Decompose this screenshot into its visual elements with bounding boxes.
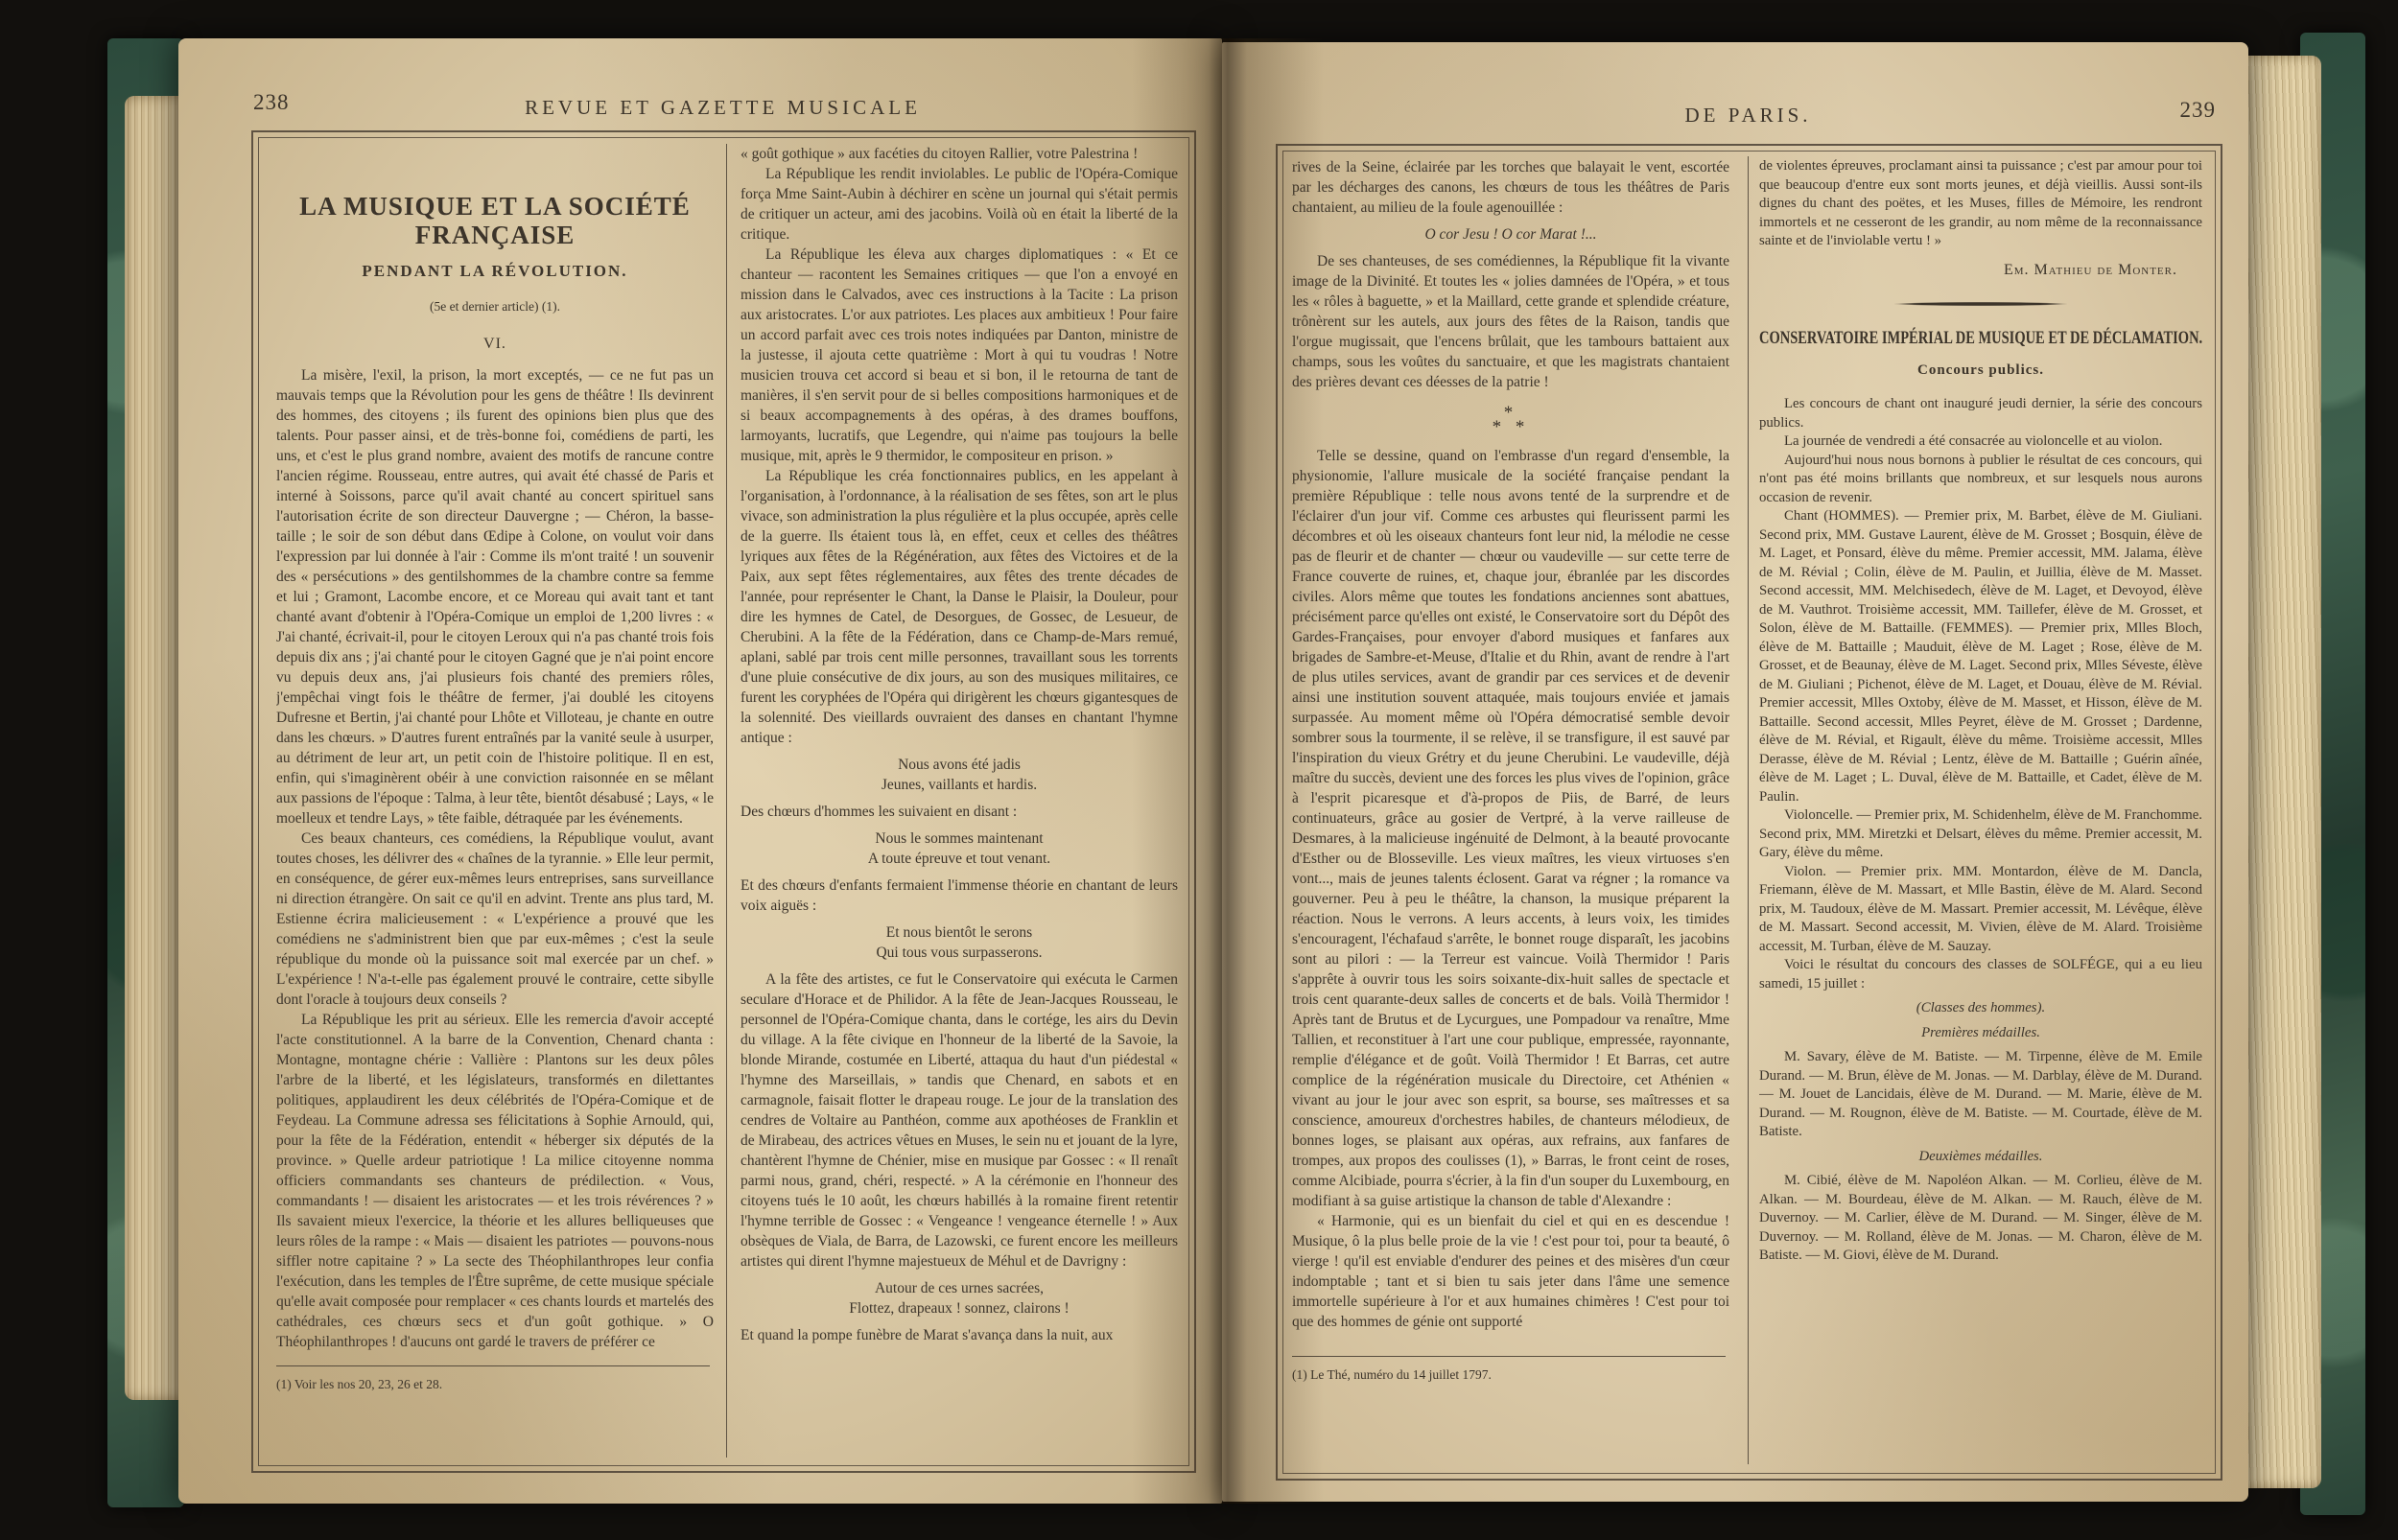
block-cont: Des chœurs d'hommes les suivaient en dis… bbox=[741, 802, 1178, 822]
running-head-right: DE PARIS. bbox=[1276, 104, 2221, 128]
running-head-left: REVUE ET GAZETTE MUSICALE bbox=[251, 96, 1194, 120]
block-note: (5e et dernier article) (1). bbox=[276, 296, 714, 316]
block-verse: Autour de ces urnes sacrées, Flottez, dr… bbox=[741, 1278, 1178, 1318]
block-para: Les concours de chant ont inauguré jeudi… bbox=[1759, 395, 2202, 432]
block-section: VI. bbox=[276, 334, 714, 354]
footnote-left-page: (1) Voir les nos 20, 23, 26 et 28. bbox=[276, 1365, 710, 1393]
column-rule-right-page bbox=[1748, 156, 1749, 1464]
block-cont: « goût gothique » aux facéties du citoye… bbox=[741, 144, 1178, 164]
block-center-italic: Premières médailles. bbox=[1759, 1024, 2202, 1043]
book-spread: 238 REVUE ET GAZETTE MUSICALE 239 DE PAR… bbox=[0, 0, 2398, 1540]
left-page-column-1: LA MUSIQUE ET LA SOCIÉTÉ FRANÇAISEPENDAN… bbox=[276, 144, 714, 1352]
block-para: M. Savary, élève de M. Batiste. — M. Tir… bbox=[1759, 1048, 2202, 1142]
block-para: Aujourd'hui nous nous bornons à publier … bbox=[1759, 452, 2202, 508]
block-para: De ses chanteuses, de ses comédiennes, l… bbox=[1292, 251, 1729, 392]
block-para: La République les éleva aux charges dipl… bbox=[741, 245, 1178, 466]
block-para: Voici le résultat du concours des classe… bbox=[1759, 956, 2202, 993]
block-verse: Nous le sommes maintenant A toute épreuv… bbox=[741, 828, 1178, 869]
block-para: La République les créa fonctionnaires pu… bbox=[741, 466, 1178, 748]
block-para: « Harmonie, qui es un bienfait du ciel e… bbox=[1292, 1211, 1729, 1332]
block-verse: Et nous bientôt le serons Qui tous vous … bbox=[741, 922, 1178, 963]
block-para: La misère, l'exil, la prison, la mort ex… bbox=[276, 365, 714, 828]
block-center-italic: Deuxièmes médailles. bbox=[1759, 1148, 2202, 1167]
block-signature: Em. Mathieu de Monter. bbox=[1759, 261, 2177, 280]
footnote-right-page: (1) Le Thé, numéro du 14 juillet 1797. bbox=[1292, 1356, 1726, 1384]
right-page-column-1: rives de la Seine, éclairée par les torc… bbox=[1292, 157, 1729, 1342]
block-subheading: Concours publics. bbox=[1759, 362, 2202, 381]
block-para: Telle se dessine, quand on l'embrasse d'… bbox=[1292, 446, 1729, 1211]
page-edges-left bbox=[125, 96, 182, 1400]
block-para: La journée de vendredi a été consacrée a… bbox=[1759, 432, 2202, 452]
block-divider bbox=[1894, 302, 2067, 306]
block-asterism: * * * bbox=[1292, 406, 1729, 434]
block-subtitle: PENDANT LA RÉVOLUTION. bbox=[276, 261, 714, 281]
block-cont: rives de la Seine, éclairée par les torc… bbox=[1292, 157, 1729, 218]
block-para: Ces beaux chanteurs, ces comédiens, la R… bbox=[276, 828, 714, 1010]
block-cont: de violentes épreuves, proclamant ainsi … bbox=[1759, 157, 2202, 251]
block-para: Violon. — Premier prix. MM. Montardon, é… bbox=[1759, 863, 2202, 957]
block-center-italic: (Classes des hommes). bbox=[1759, 999, 2202, 1018]
block-heading: CONSERVATOIRE IMPÉRIAL DE MUSIQUE ET DE … bbox=[1759, 329, 2097, 348]
block-cont: Et quand la pompe funèbre de Marat s'ava… bbox=[741, 1325, 1178, 1345]
page-edges-right bbox=[2241, 56, 2321, 1488]
block-verse-italic: O cor Jesu ! O cor Marat !... bbox=[1292, 224, 1729, 245]
left-page-column-2: « goût gothique » aux facéties du citoye… bbox=[741, 144, 1178, 1459]
block-para: A la fête des artistes, ce fut le Conser… bbox=[741, 969, 1178, 1272]
right-page-column-2: de violentes épreuves, proclamant ainsi … bbox=[1759, 157, 2202, 1467]
column-rule-left-page bbox=[726, 144, 727, 1458]
block-cont: Et des chœurs d'enfants fermaient l'imme… bbox=[741, 875, 1178, 916]
block-para: La République les rendit inviolables. Le… bbox=[741, 164, 1178, 245]
block-verse: Nous avons été jadis Jeunes, vaillants e… bbox=[741, 755, 1178, 795]
block-para: Chant (HOMMES). — Premier prix, M. Barbe… bbox=[1759, 507, 2202, 806]
block-title: LA MUSIQUE ET LA SOCIÉTÉ FRANÇAISE bbox=[276, 192, 714, 249]
block-para: La République les prit au sérieux. Elle … bbox=[276, 1010, 714, 1352]
block-para: M. Cibié, élève de M. Napoléon Alkan. — … bbox=[1759, 1172, 2202, 1266]
block-para: Violoncelle. — Premier prix, M. Schidenh… bbox=[1759, 806, 2202, 863]
